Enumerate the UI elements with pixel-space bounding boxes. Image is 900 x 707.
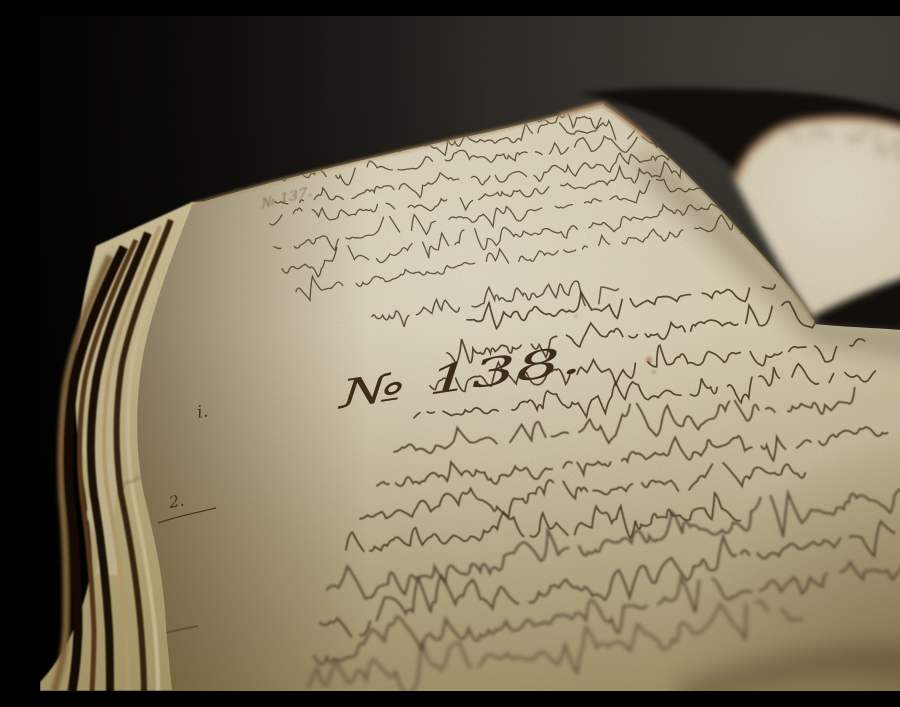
photo-grain	[40, 16, 900, 691]
manuscript-photo: № 138. № 137. i. 2. 3. Bänis.	[40, 16, 900, 691]
photo-canvas: № 138. № 137. i. 2. 3. Bänis.	[40, 16, 900, 691]
